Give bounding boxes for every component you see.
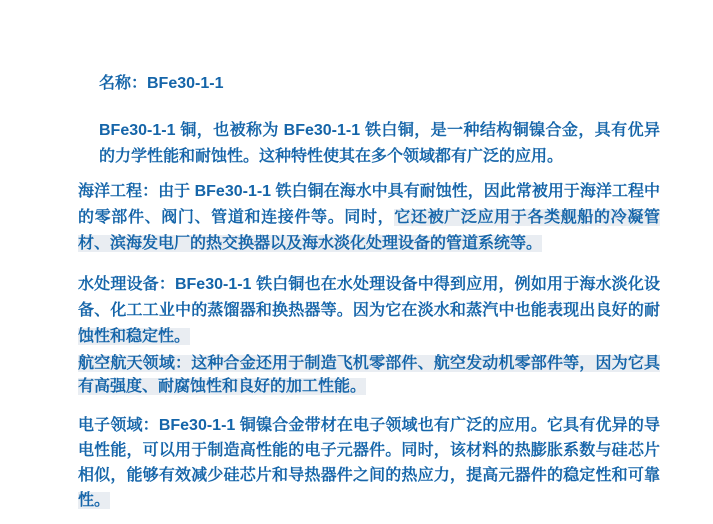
highlighted-text-run: 性。 bbox=[78, 492, 110, 509]
document-body: 名称：BFe30-1-1 BFe30-1-1 铜，也被称为 BFe30-1-1 … bbox=[78, 74, 660, 513]
highlighted-text-run: 蚀性和稳定性。 bbox=[78, 328, 190, 345]
text-run: BFe30-1-1 铜，也被称为 BFe30-1-1 铁白铜，是一种结构铜镍合金… bbox=[99, 122, 660, 165]
paragraph-intro: BFe30-1-1 铜，也被称为 BFe30-1-1 铁白铜，是一种结构铜镍合金… bbox=[78, 118, 660, 170]
paragraph-water: 水处理设备：BFe30-1-1 铁白铜也在水处理设备中得到应用，例如用于海水淡化… bbox=[78, 272, 660, 350]
text-run: 水处理设备：BFe30-1-1 铁白铜也在水处理设备中得到应用，例如用于海水淡化… bbox=[78, 276, 660, 319]
page-title: 名称：BFe30-1-1 bbox=[78, 74, 660, 94]
text-run: 电子领域：BFe30-1-1 铜镍合金带材在电子领域也有广泛的应用。它具有优异的… bbox=[78, 417, 660, 484]
paragraph-aerospace: 航空航天领域：这种合金还用于制造飞机零部件、航空发动机零部件等，因为它具有高强度… bbox=[78, 352, 660, 398]
paragraph-electronics: 电子领域：BFe30-1-1 铜镍合金带材在电子领域也有广泛的应用。它具有优异的… bbox=[78, 413, 660, 513]
paragraph-marine: 海洋工程：由于 BFe30-1-1 铁白铜在海水中具有耐蚀性，因此常被用于海洋工… bbox=[78, 179, 660, 257]
paragraph-list: BFe30-1-1 铜，也被称为 BFe30-1-1 铁白铜，是一种结构铜镍合金… bbox=[78, 118, 660, 513]
highlighted-text-run: 航空航天领域：这种合金还用于制造飞机零部件、航空发动机零部件等，因为它具有高强度… bbox=[78, 355, 660, 395]
